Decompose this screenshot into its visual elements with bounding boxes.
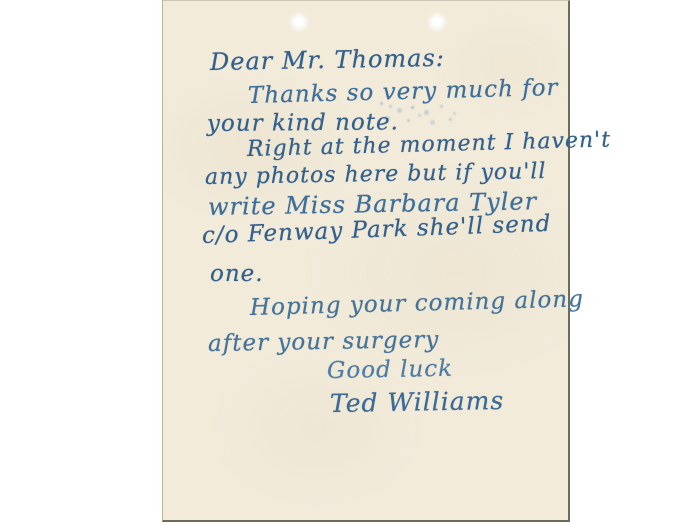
letter-line-8: one. — [210, 261, 264, 287]
letter-line-2: Thanks so very much for — [248, 75, 559, 109]
letter-line-12: Ted Williams — [330, 386, 505, 418]
letter-line-10: after your surgery — [208, 327, 440, 357]
scan-background: Dear Mr. Thomas:Thanks so very much fory… — [0, 0, 700, 525]
letter-paper: Dear Mr. Thomas:Thanks so very much fory… — [162, 0, 570, 522]
letter-body: Dear Mr. Thomas:Thanks so very much fory… — [163, 1, 568, 520]
letter-line-9: Hoping your coming along — [250, 286, 585, 321]
letter-line-5: any photos here but if you'll — [205, 159, 547, 190]
letter-line-1: Dear Mr. Thomas: — [210, 44, 445, 76]
letter-line-11: Good luck — [327, 356, 454, 384]
